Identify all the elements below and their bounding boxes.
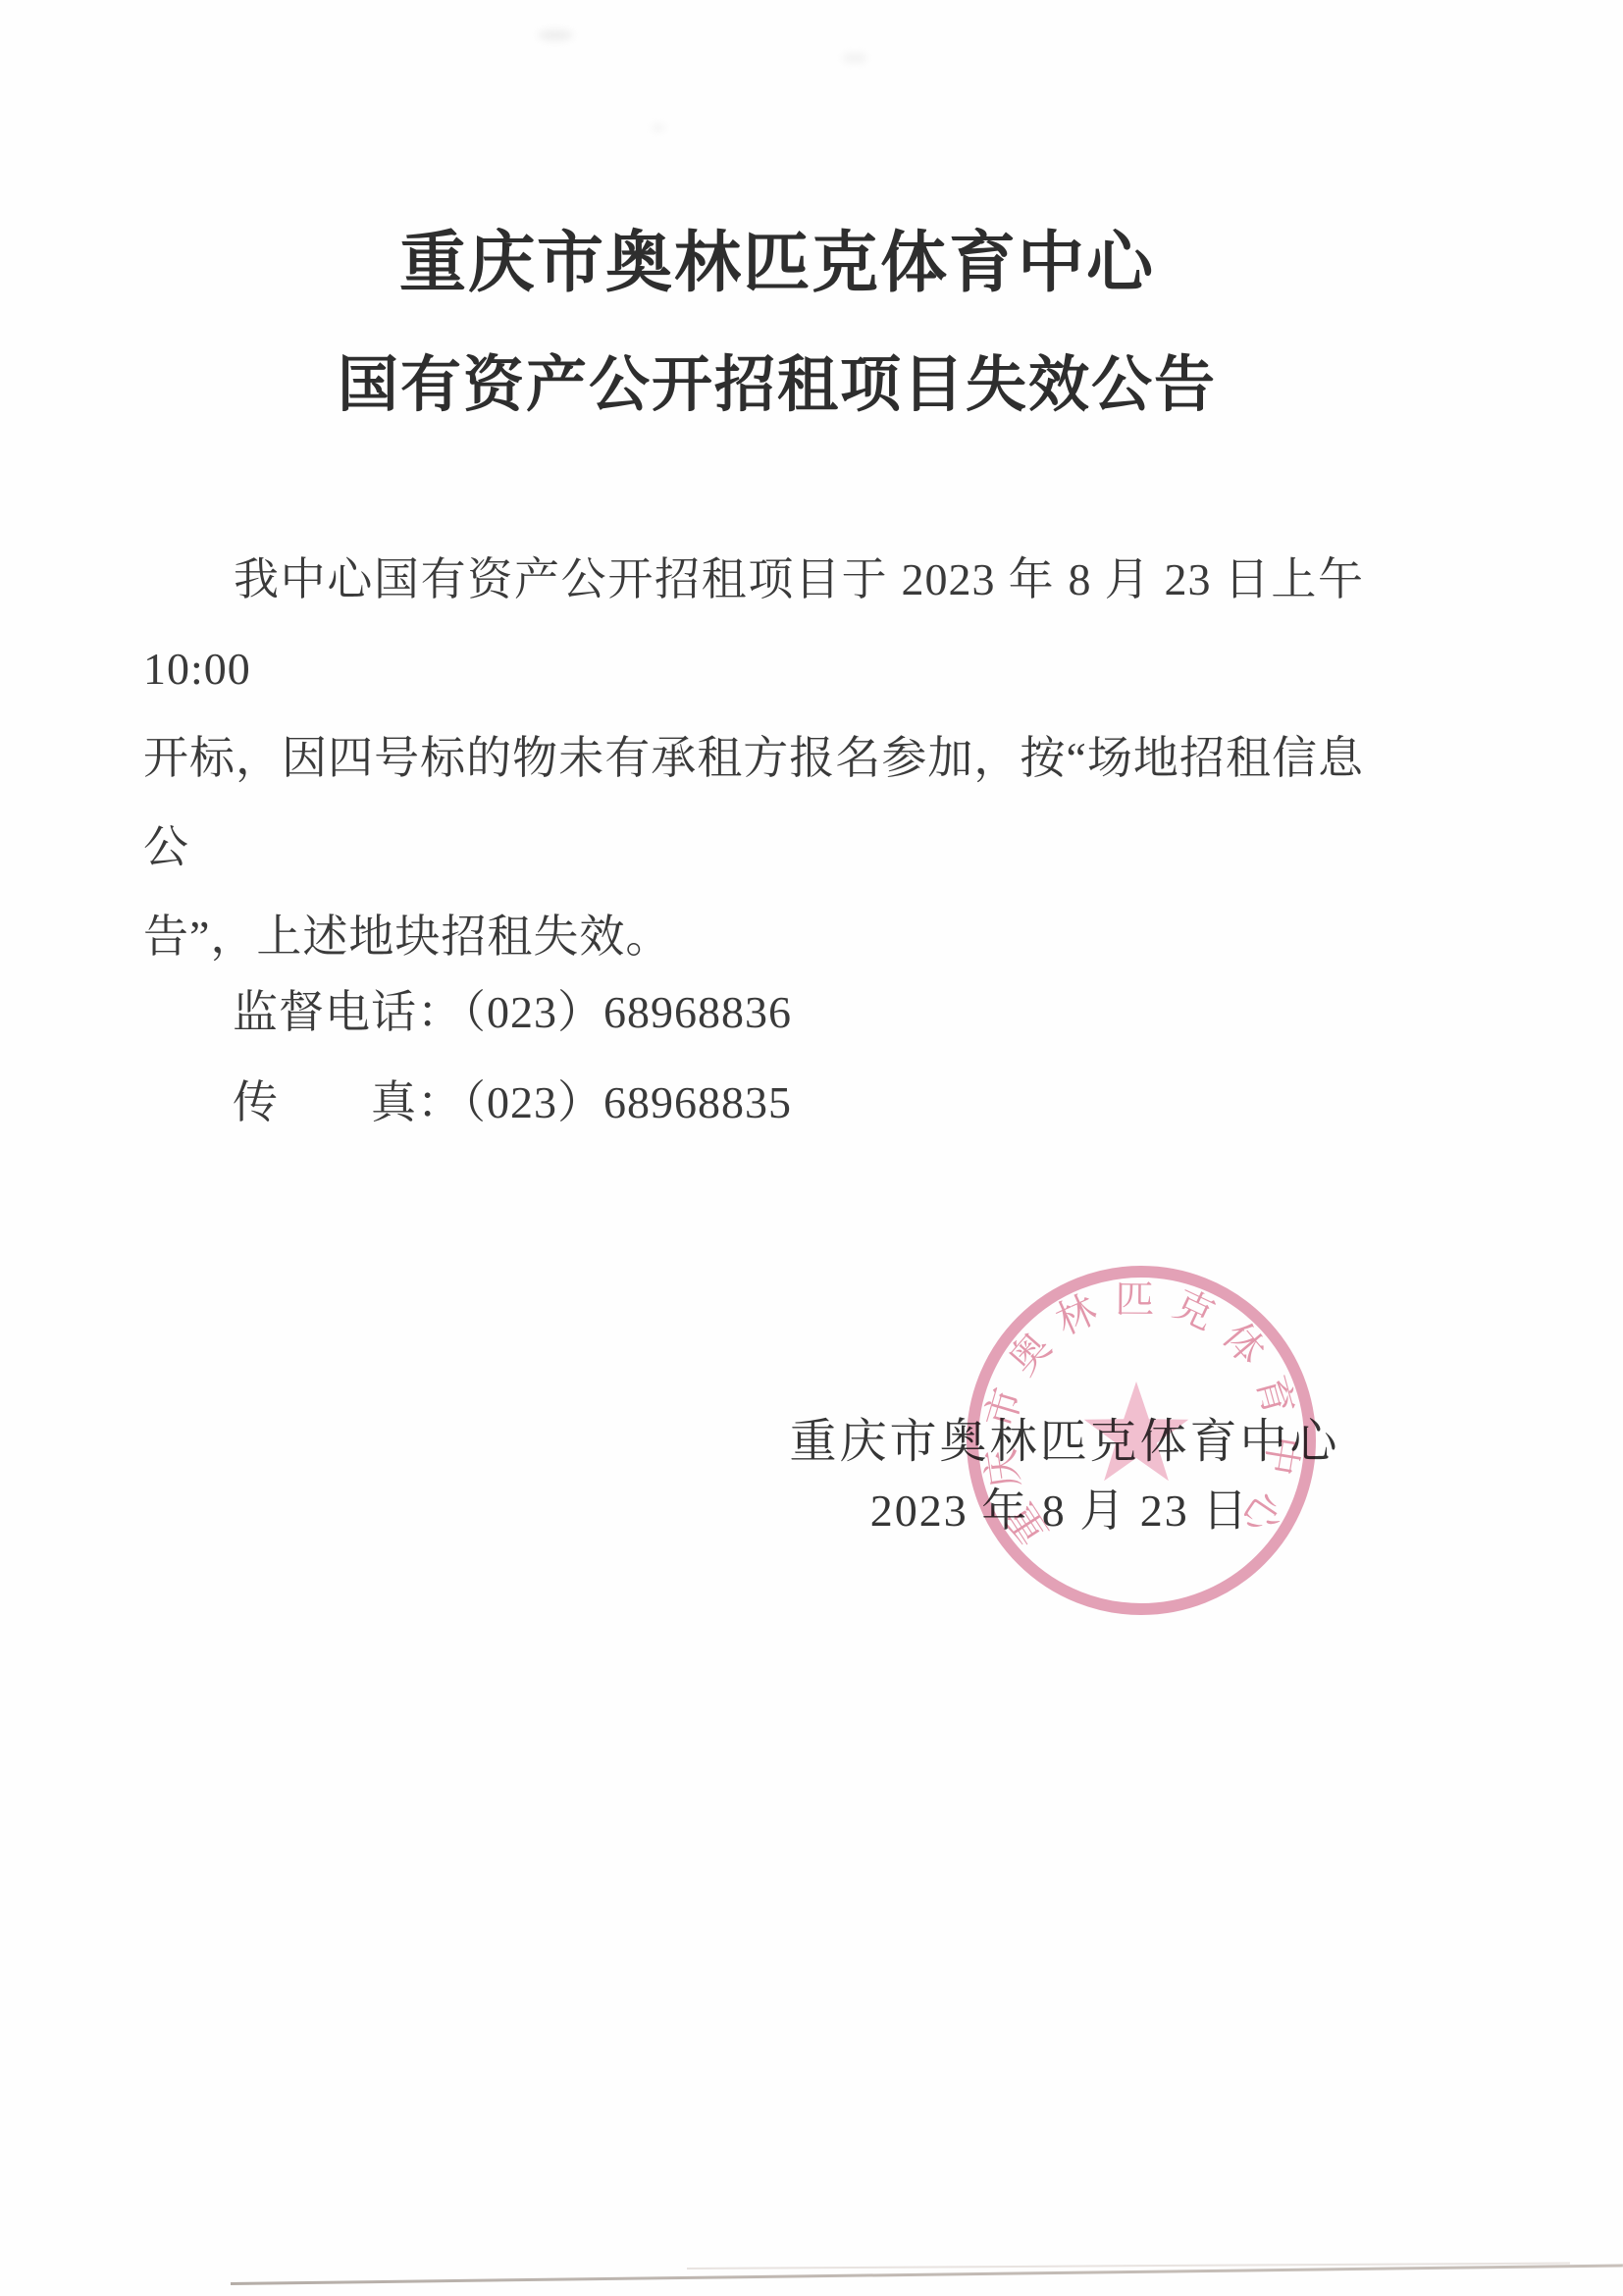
scan-smudge: [652, 124, 665, 131]
supervision-phone-line: 监督电话：（023）68968836: [233, 987, 792, 1038]
official-seal: 重庆市奥林匹克体育中心: [955, 1254, 1328, 1627]
scan-smudge: [842, 53, 867, 63]
scan-smudge: [538, 29, 573, 41]
seal-star-icon: [1084, 1382, 1189, 1481]
document-page: 重庆市奥林匹克体育中心 国有资产公开招租项目失效公告 我中心国有资产公开招租项目…: [0, 0, 1623, 2296]
fax-line: 传 真：（023）68968835: [233, 1077, 792, 1128]
doc-title-line-1: 重庆市奥林匹克体育中心: [0, 224, 1554, 304]
body-line-3: 告”，上述地块招租失效。: [143, 892, 1364, 981]
doc-title-line-2: 国有资产公开招租项目失效公告: [0, 349, 1554, 422]
body-paragraph: 我中心国有资产公开招租项目于 2023 年 8 月 23 日上午 10:00 开…: [143, 535, 1364, 981]
body-line-2: 开标，因四号标的物未有承租方报名参加，按“场地招租信息公: [143, 713, 1364, 892]
body-line-1: 我中心国有资产公开招租项目于 2023 年 8 月 23 日上午 10:00: [143, 535, 1364, 713]
